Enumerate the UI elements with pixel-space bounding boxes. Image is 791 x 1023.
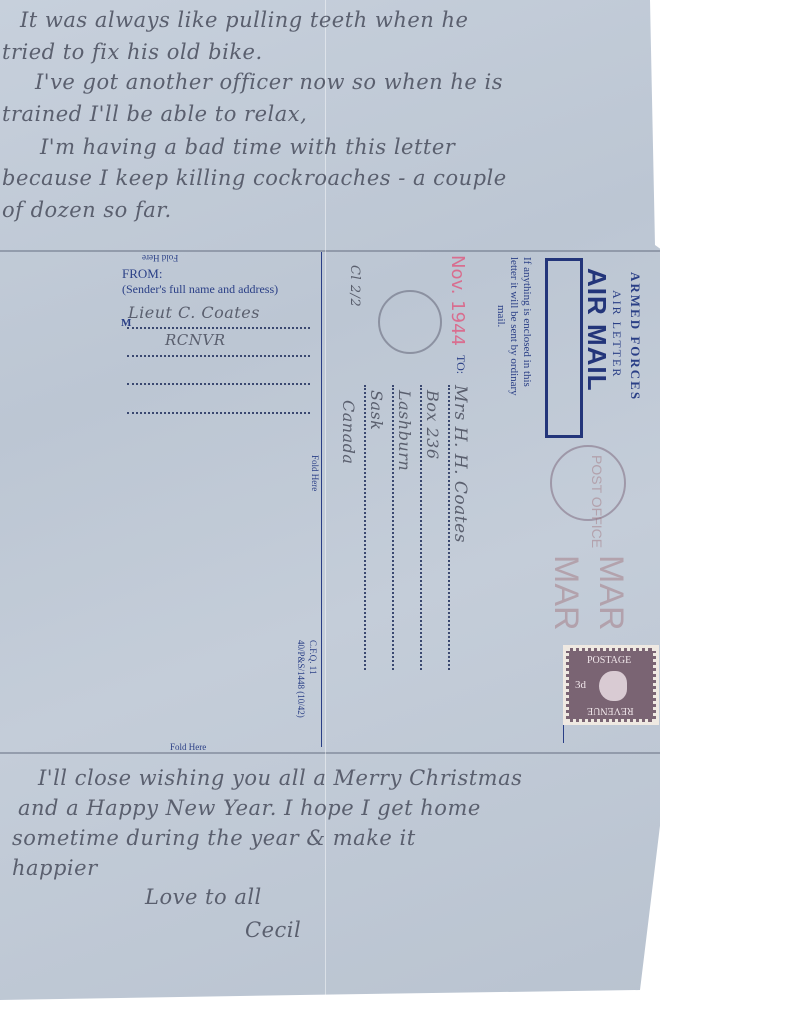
postmark-circle <box>550 445 626 521</box>
header-armed-forces: ARMED FORCES <box>627 272 643 401</box>
king-portrait-icon <box>599 671 627 701</box>
sender-line-4 <box>127 412 310 414</box>
letter-line: tried to fix his old bike. <box>2 40 263 64</box>
letter-line: sometime during the year & make it <box>12 826 416 850</box>
red-date-mark: Nov. 1944 <box>447 255 468 346</box>
fold-here-label-bottom: Fold Here <box>170 742 206 752</box>
fold-here-label-top: Fold Here <box>142 253 178 263</box>
stamp-postage: POSTAGE <box>587 655 631 666</box>
censor-stamp <box>378 290 442 354</box>
airmail-label: AIR MAIL <box>581 268 612 392</box>
recipient-province: Sask <box>367 390 386 430</box>
fold-crease-bottom <box>0 752 660 754</box>
panel-divider <box>321 252 322 747</box>
postmark-text: POST OFFICE <box>589 455 605 548</box>
recipient-line-3 <box>392 385 394 670</box>
sender-unit: RCNVR <box>165 331 226 349</box>
fold-crease-top <box>0 250 660 252</box>
letter-line: happier <box>12 856 98 880</box>
sender-line-1 <box>127 327 310 329</box>
sender-hint: (Sender's full name and address) <box>122 282 278 297</box>
enclosure-notice-3: mail. <box>495 305 507 327</box>
sender-name: Lieut C. Coates <box>128 303 260 322</box>
letter-line: It was always like pulling teeth when he <box>20 8 468 32</box>
recipient-country: Canada <box>339 400 358 464</box>
to-label: TO: <box>453 355 468 374</box>
letter-line: and a Happy New Year. I hope I get home <box>18 796 481 820</box>
form-code-1: C.F.Q. 11 <box>308 640 318 674</box>
letter-line: because I keep killing cockroaches - a c… <box>2 166 507 190</box>
letter-line: I've got another officer now so when he … <box>35 70 503 94</box>
fold-here-label-side: Fold Here <box>310 455 320 491</box>
recipient-town: Lashburn <box>395 390 414 471</box>
letter-line: of dozen so far. <box>2 198 172 222</box>
letter-line: I'll close wishing you all a Merry Chris… <box>38 766 522 790</box>
sender-line-3 <box>127 383 310 385</box>
machine-cancel-1: MAR <box>591 555 630 631</box>
form-code-2: 40/P&S/1448 (10/42) <box>296 640 306 718</box>
letter-line: I'm having a bad time with this letter <box>40 135 455 159</box>
from-label: FROM: <box>122 266 162 282</box>
censor-initials: Cl 2/2 <box>347 265 362 307</box>
sender-line-2 <box>127 355 310 357</box>
machine-cancel-2: MAR <box>546 555 585 631</box>
enclosure-notice-1: If anything is enclosed in this <box>521 257 533 387</box>
recipient-line-2 <box>420 385 422 670</box>
stamp-value: 3d <box>575 679 586 691</box>
letter-closing: Love to all <box>145 885 262 909</box>
enclosure-notice-2: letter it will be sent by ordinary <box>508 257 520 396</box>
airmail-box <box>545 258 583 438</box>
recipient-box: Box 236 <box>423 390 442 460</box>
recipient-line-4 <box>364 385 366 670</box>
letter-line: trained I'll be able to relax, <box>2 102 307 126</box>
stamp-box-left <box>563 648 564 743</box>
stamp-revenue: REVENUE <box>587 705 634 716</box>
postage-stamp: POSTAGE REVENUE 3d <box>566 648 656 722</box>
letter-signature: Cecil <box>245 918 301 942</box>
recipient-name: Mrs H. H. Coates <box>450 385 470 543</box>
